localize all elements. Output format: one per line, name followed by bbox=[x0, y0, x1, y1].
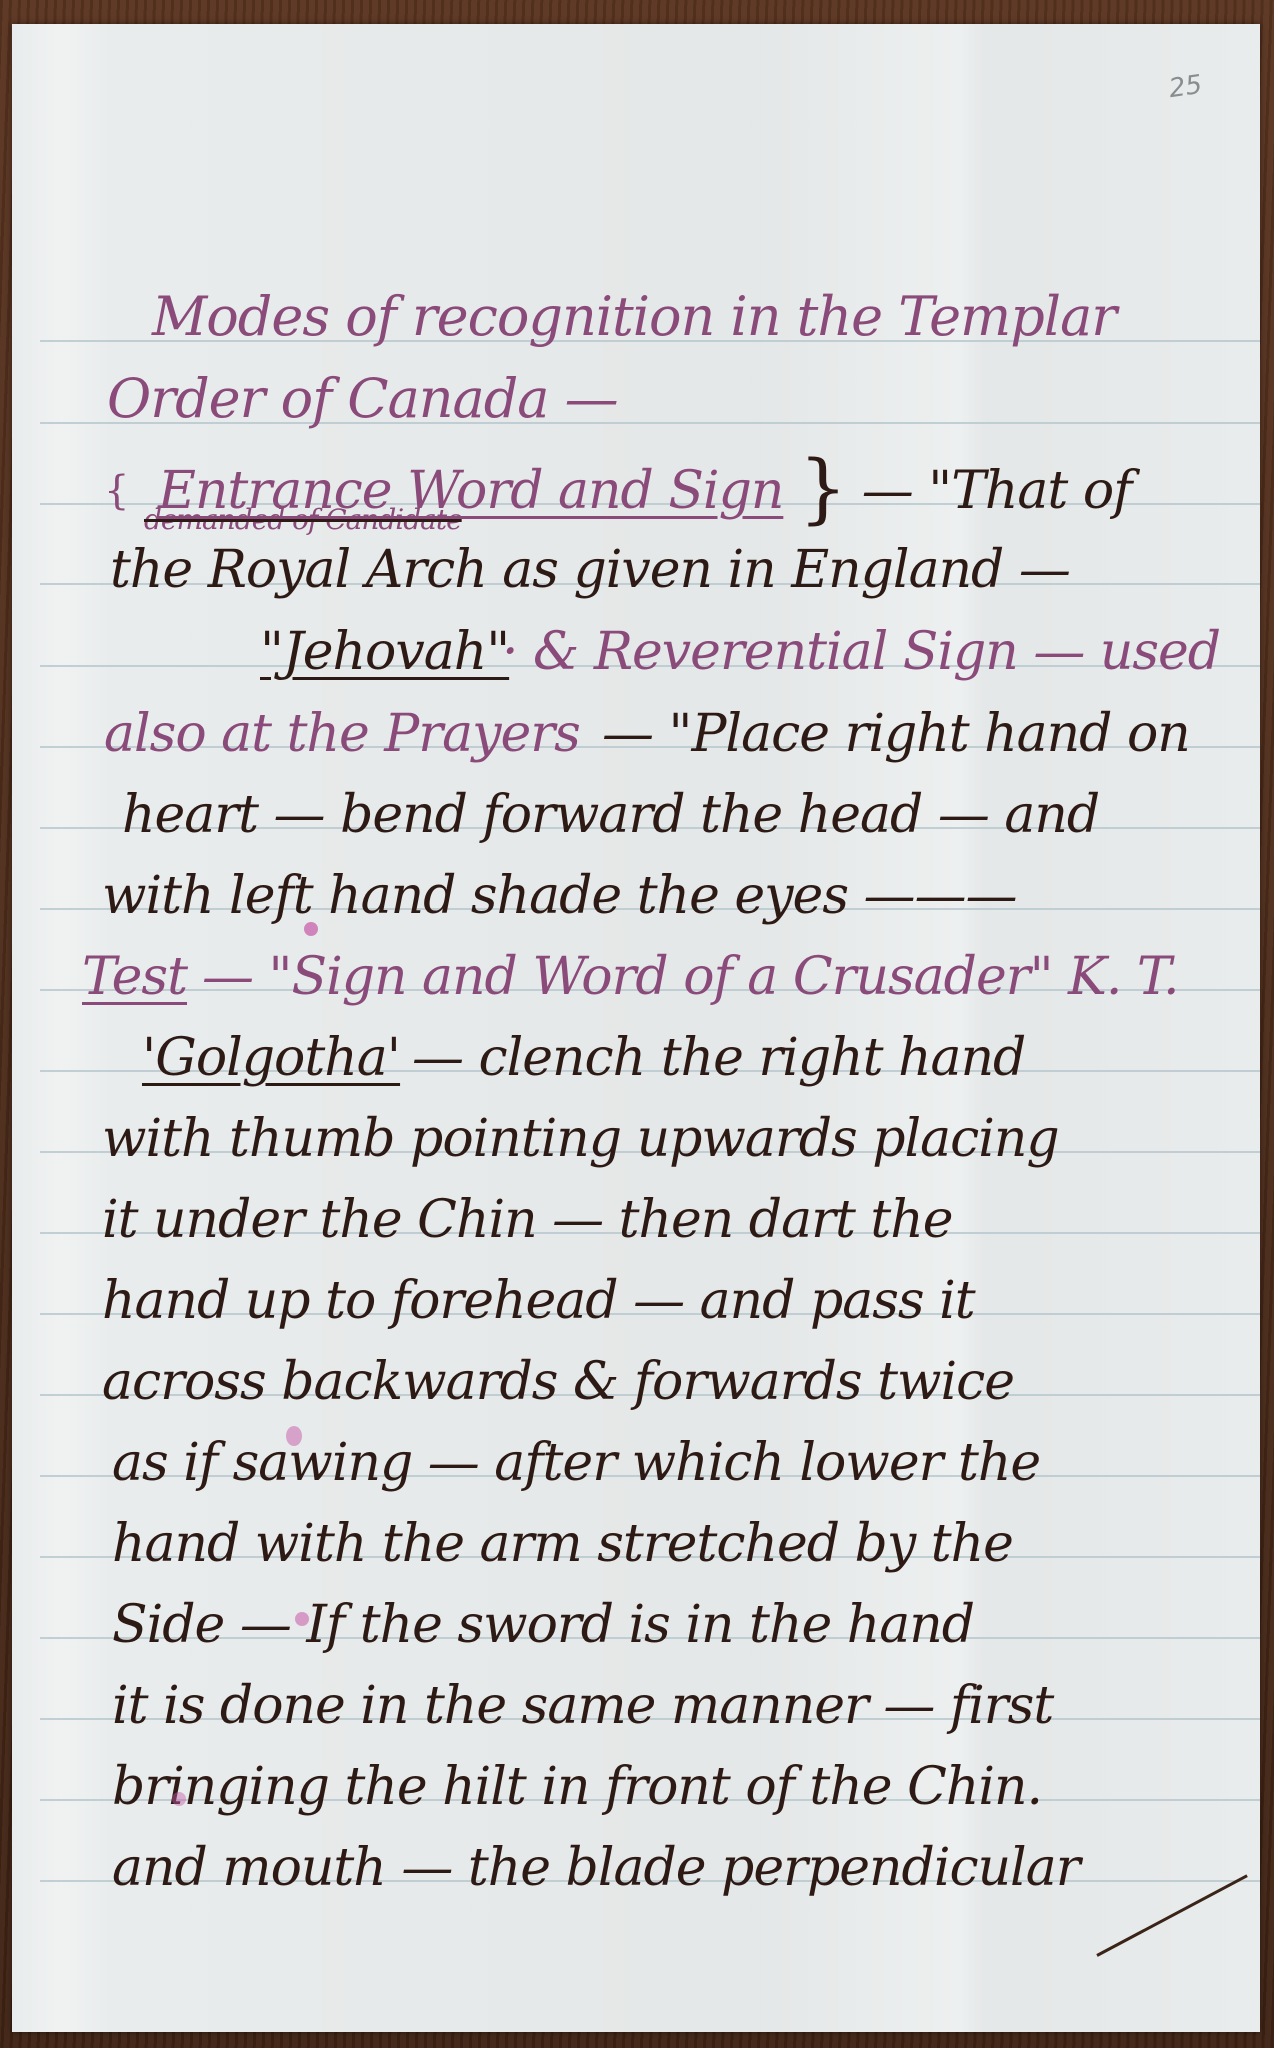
text-line-12: it under the Chin — then dart the bbox=[102, 1194, 953, 1246]
page-number: 25 bbox=[1167, 70, 1204, 104]
text-line-17: Side — If the sword is in the hand bbox=[112, 1599, 974, 1651]
left-brace: { bbox=[104, 468, 128, 514]
ink-blot bbox=[304, 922, 318, 936]
title-line-2: Order of Canada — bbox=[107, 372, 618, 426]
closing-flourish bbox=[1096, 1874, 1248, 1956]
ink-blot bbox=[295, 1612, 309, 1626]
struck-note: demanded of Candidate bbox=[144, 506, 462, 534]
ink-blot bbox=[286, 1426, 302, 1446]
text-line-20: and mouth — the blade perpendicular bbox=[112, 1842, 1080, 1894]
text-line-7: heart — bend forward the head — and bbox=[122, 789, 1099, 841]
test-label: Test bbox=[82, 951, 187, 1003]
clench-instruction: — clench the right hand bbox=[412, 1032, 1025, 1084]
manuscript-page: 25 Modes of recognition in the Templar O… bbox=[12, 24, 1260, 2032]
text-line-13: hand up to forehead — and pass it bbox=[102, 1275, 975, 1327]
text-line-19: bringing the hilt in front of the Chin. bbox=[112, 1761, 1042, 1813]
place-right-hand: — "Place right hand on bbox=[602, 708, 1190, 760]
text-line-8: with left hand shade the eyes ——— bbox=[102, 870, 1017, 922]
ink-blot bbox=[172, 1792, 186, 1806]
right-brace: } bbox=[799, 443, 846, 532]
reverential-sign: · & Reverential Sign — used bbox=[502, 626, 1220, 678]
entrance-line-2: the Royal Arch as given in England — bbox=[110, 544, 1070, 596]
test-description: — "Sign and Word of a Crusader" K. T. bbox=[202, 951, 1179, 1003]
text-line-18: it is done in the same manner — first bbox=[112, 1680, 1053, 1732]
text-line-14: across backwards & forwards twice bbox=[102, 1356, 1014, 1408]
password-golgotha: 'Golgotha' bbox=[142, 1032, 400, 1084]
title-line-1: Modes of recognition in the Templar bbox=[152, 290, 1116, 344]
text-line-16: hand with the arm stretched by the bbox=[112, 1518, 1013, 1570]
entrance-continuation: — "That of bbox=[862, 461, 1132, 521]
password-jehovah: "Jehovah" bbox=[260, 626, 509, 678]
prayers-note: also at the Prayers bbox=[104, 708, 580, 760]
text-line-11: with thumb pointing upwards placing bbox=[102, 1113, 1059, 1165]
text-line-15: as if sawing — after which lower the bbox=[112, 1437, 1040, 1489]
